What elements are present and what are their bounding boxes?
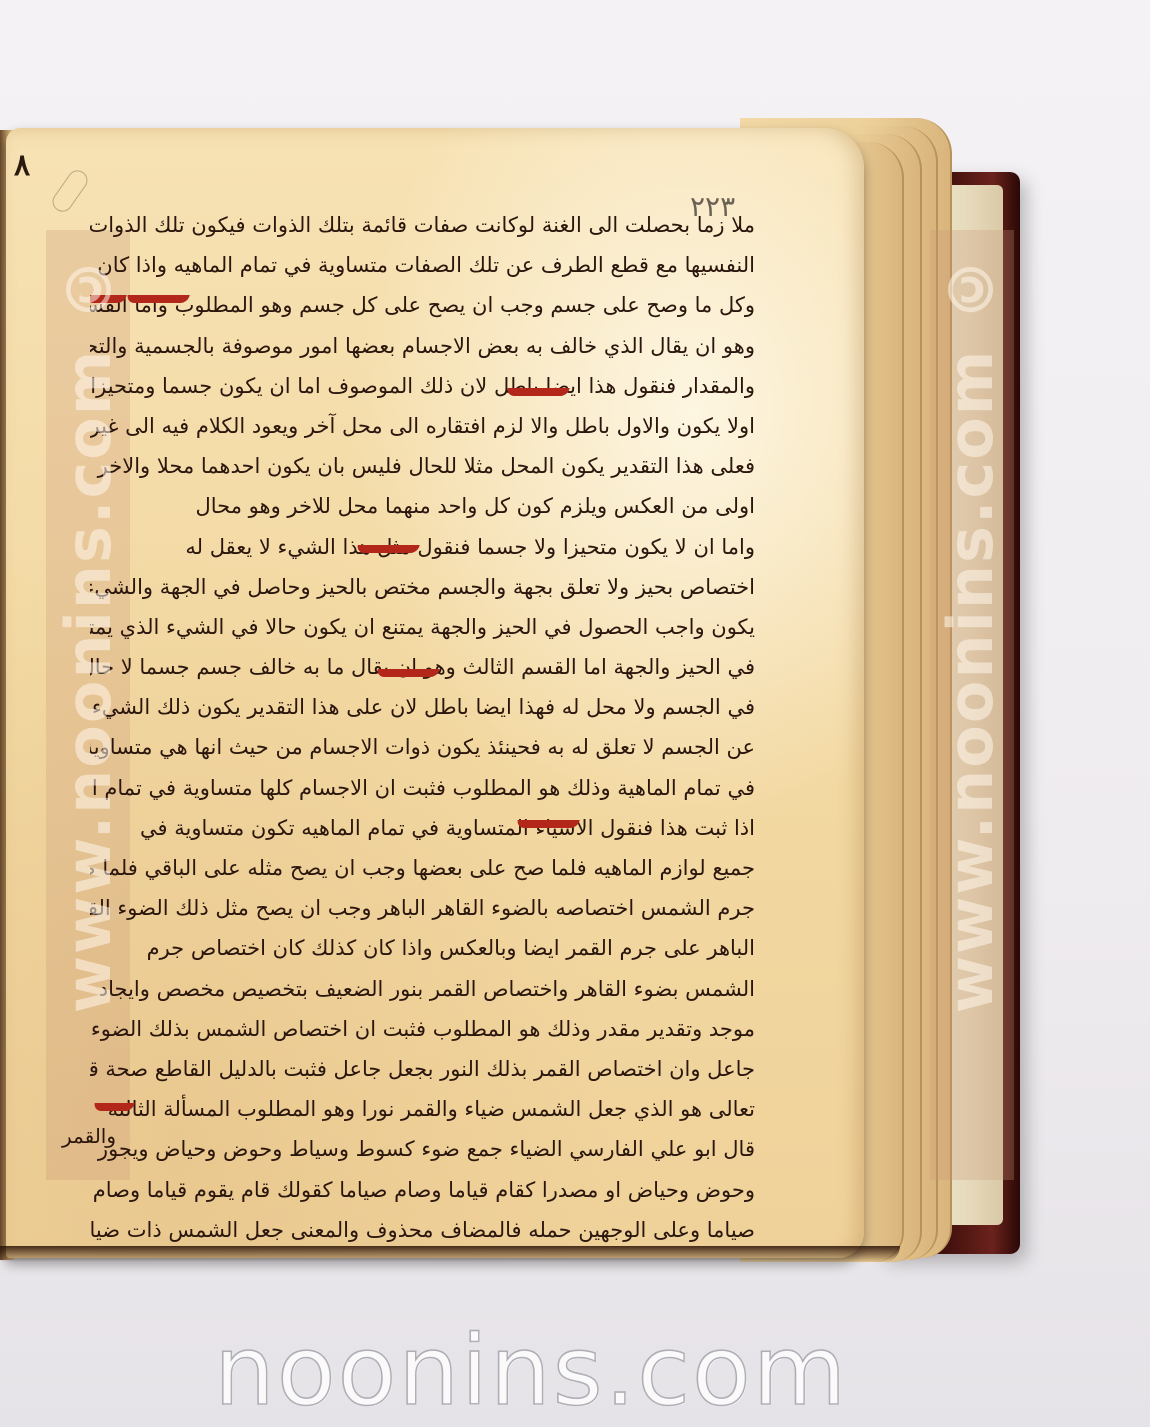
text-line: وكل ما وصح على جسم وجب ان يصح على كل جسم… [90,285,755,325]
watermark-bottom: noonins.com [214,1326,814,1416]
margin-catchword: والقمر [62,1124,116,1148]
manuscript-text-block: ملا زما بحصلت الى الغنة لوكانت صفات قائم… [90,205,755,1250]
text-line: جرم الشمس اختصاصه بالضوء القاهر الباهر و… [90,888,755,928]
watermark-vertical-left: www.noonins.com © [52,250,125,1013]
text-line: الشمس بضوء القاهر واختصاص القمر بنور الض… [90,969,755,1009]
text-line: وحوض وحياض او مصدرا كقام قياما وصام صيام… [90,1170,755,1210]
text-line: في الجسم ولا محل له فهذا ايضا باطل لان ع… [90,687,755,727]
text-line: النفسيها مع قطع الطرف عن تلك الصفات متسا… [90,245,755,285]
text-line: في تمام الماهية وذلك هو المطلوب فثبت ان … [90,768,755,808]
text-line: واما ان لا يكون متحيزا ولا جسما فنقول مث… [90,527,755,567]
text-line: فعلى هذا التقدير يكون المحل مثلا للحال ف… [90,446,755,486]
rubric-overline [126,295,189,303]
folio-mark: ٨ [14,148,30,183]
rubric-overline [356,545,419,553]
rubric-overline [376,669,439,677]
text-line: اذا ثبت هذا فنقول الاشياء المتساوية في ت… [90,808,755,848]
text-line: اختصاص بحيز ولا تعلق بجهة والجسم مختص با… [90,567,755,607]
text-line: وهو ان يقال الذي خالف به بعض الاجسام بعض… [90,326,755,366]
watermark-vertical-right: www.noonins.com © [934,250,1007,1013]
text-line: اولا يكون والاول باطل والا لزم افتقاره ا… [90,406,755,446]
rubric-overline [93,1103,134,1111]
rubric-overline [516,820,579,828]
rubric-overline [506,388,569,396]
text-line: عن الجسم لا تعلق له به فحينئذ يكون ذوات … [90,727,755,767]
text-line: قال ابو علي الفارسي الضياء جمع ضوء كسوط … [90,1129,755,1169]
text-line: اولى من العكس ويلزم كون كل واحد منهما مح… [90,486,755,526]
text-line: جميع لوازم الماهيه فلما صح على بعضها وجب… [90,848,755,888]
text-line: موجد وتقدير مقدر وذلك هو المطلوب فثبت ان… [90,1009,755,1049]
text-line: في الحيز والجهة اما القسم الثالث وهو ان … [90,647,755,687]
text-line: جاعل وان اختصاص القمر بذلك النور بجعل جا… [90,1049,755,1089]
text-line: يكون واجب الحصول في الحيز والجهة يمتنع ا… [90,607,755,647]
text-line: تعالى هو الذي جعل الشمس ضياء والقمر نورا… [90,1089,755,1129]
text-line: ملا زما بحصلت الى الغنة لوكانت صفات قائم… [90,205,755,245]
text-line: والمقدار فنقول هذا ايضا باطل لان ذلك الم… [90,366,755,406]
text-line: الباهر على جرم القمر ايضا وبالعكس واذا ك… [90,928,755,968]
text-line: صياما وعلى الوجهين حمله فالمضاف محذوف وا… [90,1210,755,1250]
